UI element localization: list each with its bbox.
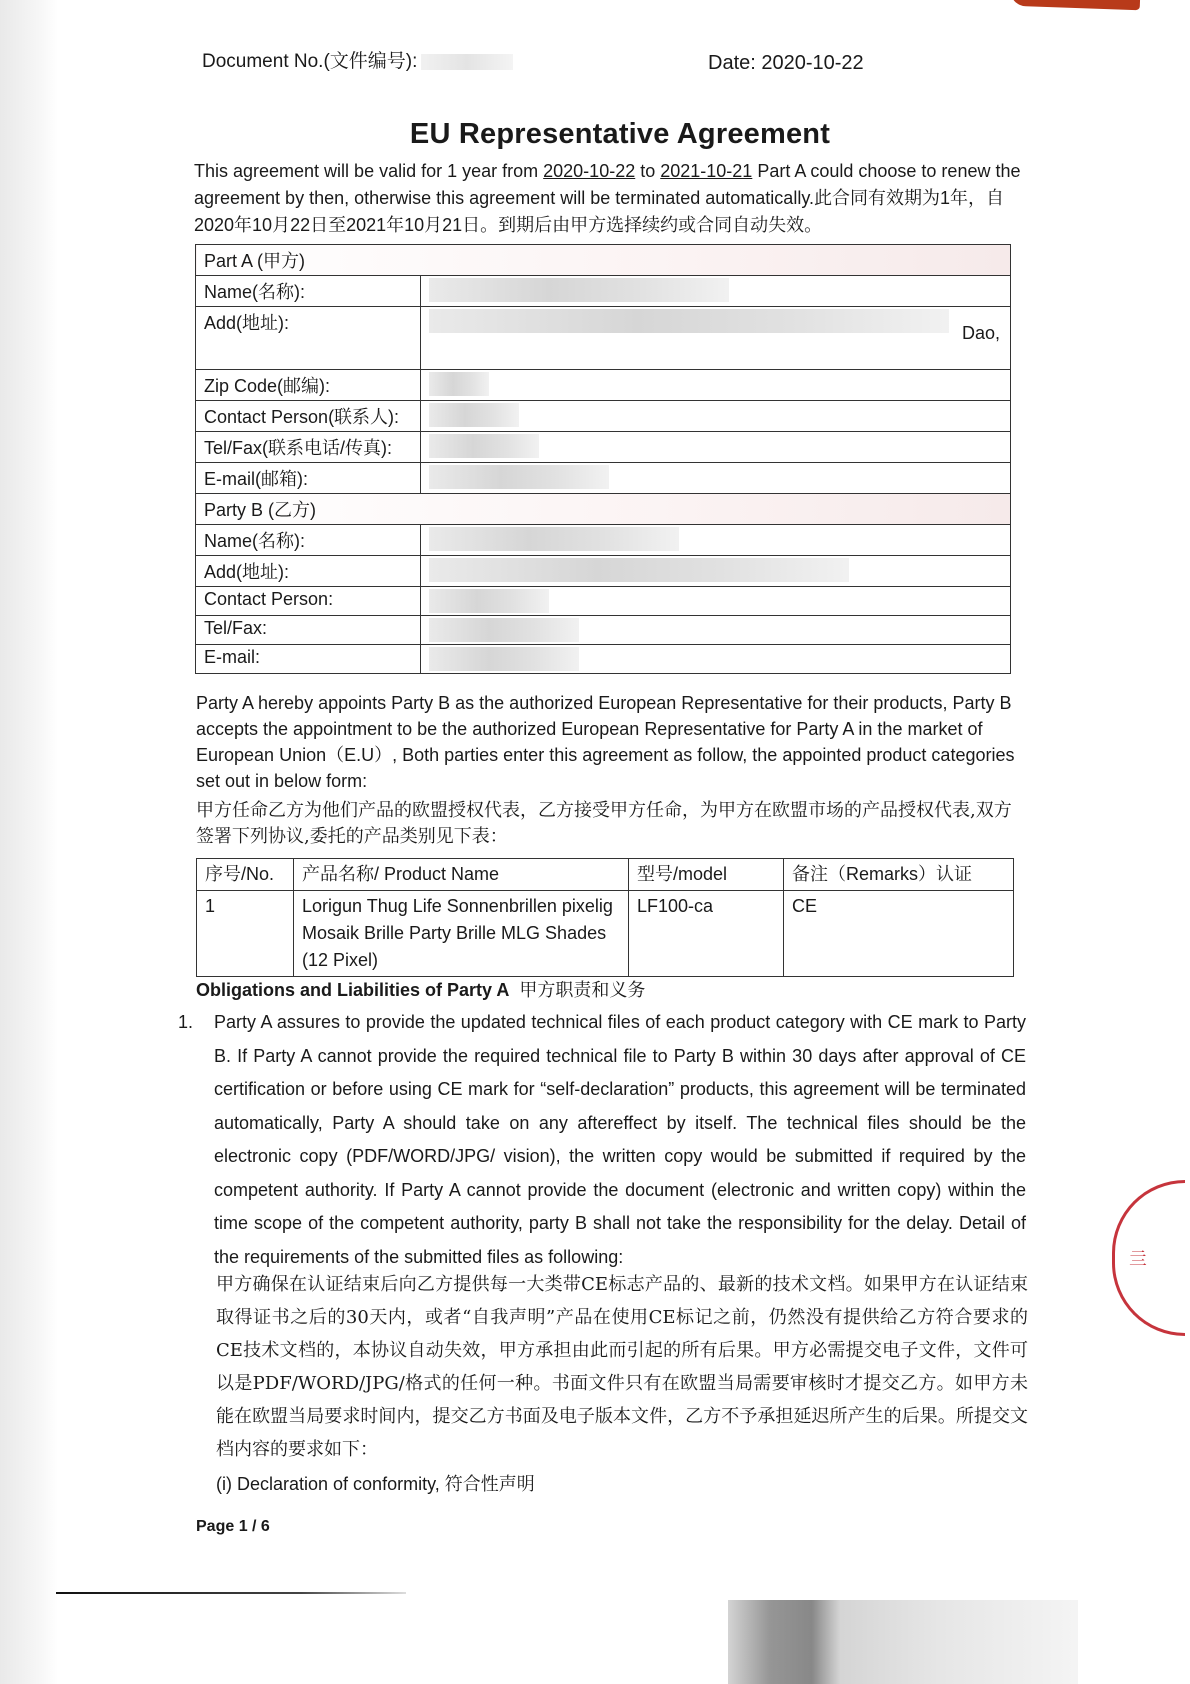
field-label: Zip Code(邮编):: [196, 370, 421, 401]
redaction-block: [429, 647, 579, 671]
clause-number: 1.: [196, 1006, 214, 1040]
table-row: Name(名称):: [196, 525, 1011, 556]
table-row: Contact Person:: [196, 587, 1011, 616]
obligations-heading-en: Obligations and Liabilities of Party A: [196, 980, 509, 1000]
redacted-value: [421, 645, 1011, 674]
redacted-value: [421, 616, 1011, 645]
intro-text: to: [635, 161, 660, 181]
table-row: Add(地址):: [196, 556, 1011, 587]
cell-product-name: Lorigun Thug Life Sonnenbrillen pixelig …: [294, 891, 629, 977]
cell-no: 1: [197, 891, 294, 977]
redacted-footer-signature: [728, 1600, 1078, 1684]
field-label: Name(名称):: [196, 525, 421, 556]
redacted-value: [421, 463, 1011, 494]
field-label: E-mail(邮箱):: [196, 463, 421, 494]
redacted-value: [421, 370, 1011, 401]
redacted-document-number: [421, 54, 513, 70]
appointment-paragraph-en: Party A hereby appoints Party B as the a…: [196, 690, 1026, 794]
field-label: Tel/Fax(联系电话/传真):: [196, 432, 421, 463]
page-number: Page 1 / 6: [196, 1518, 270, 1536]
field-label: Add(地址):: [196, 307, 421, 370]
redacted-value: [421, 556, 1011, 587]
appointment-paragraph-cn: 甲方任命乙方为他们产品的欧盟授权代表，乙方接受甲方任命，为甲方在欧盟市场的产品授…: [196, 798, 1026, 850]
corner-stamp-mark: [1010, 0, 1140, 10]
redacted-value: [421, 525, 1011, 556]
company-seal-stamp: 亖: [1112, 1180, 1185, 1336]
end-date: 2021-10-21: [660, 161, 752, 181]
table-row: Add(地址): Dao,: [196, 307, 1011, 370]
table-row: Name(名称):: [196, 276, 1011, 307]
field-label: Tel/Fax:: [196, 616, 421, 645]
redaction-block: [429, 618, 579, 642]
clause-text: Party A assures to provide the updated t…: [214, 1012, 1026, 1267]
clause-1-cn: 甲方确保在认证结束后向乙方提供每一大类带CE标志产品的、最新的技术文档。如果甲方…: [216, 1268, 1028, 1466]
seal-glyph: 亖: [1129, 1245, 1147, 1271]
redacted-value: Dao,: [421, 307, 1011, 370]
field-label: Contact Person:: [196, 587, 421, 616]
party-b-heading: Party B (乙方): [196, 494, 1011, 525]
party-info-table: Part A (甲方) Name(名称): Add(地址): Dao, Zip …: [195, 244, 1011, 674]
obligations-heading: Obligations and Liabilities of Party A 甲…: [196, 976, 645, 1002]
cell-model: LF100-ca: [629, 891, 784, 977]
clause-1-en: 1.Party A assures to provide the updated…: [196, 1006, 1026, 1274]
redaction-block: [429, 309, 949, 333]
column-header-no: 序号/No.: [197, 859, 294, 891]
redacted-value: [421, 587, 1011, 616]
redaction-block: [429, 372, 489, 396]
document-number-label: Document No.(文件编号):: [202, 51, 417, 72]
table-row: E-mail:: [196, 645, 1011, 674]
document-number: Document No.(文件编号):: [202, 46, 513, 73]
redacted-value: [421, 432, 1011, 463]
document-date: Date: 2020-10-22: [708, 52, 864, 75]
redaction-block: [429, 558, 849, 582]
start-date: 2020-10-22: [543, 161, 635, 181]
page-edge-shadow: [0, 0, 58, 1684]
table-row: Zip Code(邮编):: [196, 370, 1011, 401]
field-label: Name(名称):: [196, 276, 421, 307]
field-label: Contact Person(联系人):: [196, 401, 421, 432]
redacted-value: [421, 276, 1011, 307]
redaction-block: [429, 434, 539, 458]
table-row: Tel/Fax(联系电话/传真):: [196, 432, 1011, 463]
field-label: E-mail:: [196, 645, 421, 674]
table-row: 1 Lorigun Thug Life Sonnenbrillen pixeli…: [197, 891, 1014, 977]
field-label: Add(地址):: [196, 556, 421, 587]
intro-text: This agreement will be valid for 1 year …: [194, 161, 543, 181]
redaction-block: [429, 589, 549, 613]
redaction-block: [429, 527, 679, 551]
column-header-product-name: 产品名称/ Product Name: [294, 859, 629, 891]
table-row: E-mail(邮箱):: [196, 463, 1011, 494]
page-title: EU Representative Agreement: [0, 118, 1190, 151]
address-tail: Dao,: [962, 323, 1000, 344]
table-header-row: 序号/No. 产品名称/ Product Name 型号/model 备注（Re…: [197, 859, 1014, 891]
obligations-heading-cn: 甲方职责和义务: [519, 980, 645, 1001]
footer-divider: [56, 1592, 406, 1594]
column-header-model: 型号/model: [629, 859, 784, 891]
table-row: Contact Person(联系人):: [196, 401, 1011, 432]
party-a-heading: Part A (甲方): [196, 245, 1011, 276]
redacted-value: [421, 401, 1011, 432]
redaction-block: [429, 465, 609, 489]
redaction-block: [429, 278, 729, 302]
table-row: Tel/Fax:: [196, 616, 1011, 645]
cell-remarks: CE: [784, 891, 1014, 977]
declaration-item: (i) Declaration of conformity, 符合性声明: [216, 1470, 535, 1496]
column-header-remarks: 备注（Remarks）认证: [784, 859, 1014, 891]
redaction-block: [429, 403, 519, 427]
validity-paragraph: This agreement will be valid for 1 year …: [194, 158, 1024, 239]
product-table: 序号/No. 产品名称/ Product Name 型号/model 备注（Re…: [196, 858, 1014, 977]
